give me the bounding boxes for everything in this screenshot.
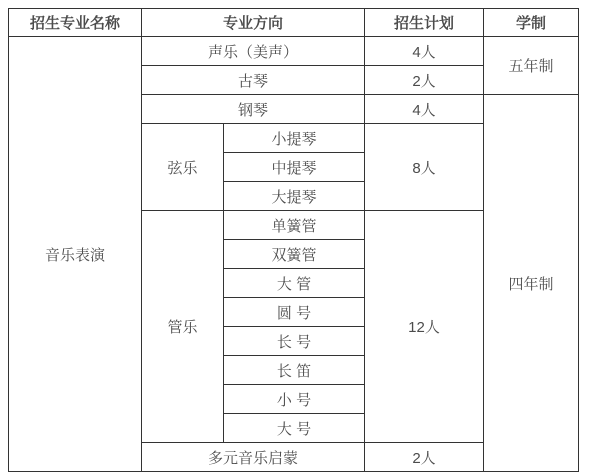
plan-cell-strings: 8人: [365, 124, 484, 211]
plan-cell-vocal: 4人: [365, 37, 484, 66]
instrument-cell-viola: 中提琴: [224, 153, 365, 182]
header-row: 招生专业名称 专业方向 招生计划 学制: [9, 9, 579, 37]
duration-cell-five-year: 五年制: [484, 37, 579, 95]
plan-cell-multi-music: 2人: [365, 443, 484, 472]
instrument-cell-violin: 小提琴: [224, 124, 365, 153]
instrument-cell-clarinet: 单簧管: [224, 211, 365, 240]
direction-cell-multi-music: 多元音乐启蒙: [142, 443, 365, 472]
direction-cell-guqin: 古琴: [142, 66, 365, 95]
direction-cell-piano: 钢琴: [142, 95, 365, 124]
instrument-cell-flute: 长 笛: [224, 356, 365, 385]
duration-cell-four-year: 四年制: [484, 95, 579, 472]
header-direction: 专业方向: [142, 9, 365, 37]
major-name-cell: 音乐表演: [9, 37, 142, 472]
instrument-cell-trumpet: 小 号: [224, 385, 365, 414]
page: 招生专业名称 专业方向 招生计划 学制 音乐表演 声乐（美声） 4人 五年制 古…: [0, 0, 600, 475]
group-cell-winds: 管乐: [142, 211, 224, 443]
plan-cell-winds: 12人: [365, 211, 484, 443]
header-major-name: 招生专业名称: [9, 9, 142, 37]
instrument-cell-horn: 圆 号: [224, 298, 365, 327]
instrument-cell-trombone: 长 号: [224, 327, 365, 356]
table-row-vocal: 音乐表演 声乐（美声） 4人 五年制: [9, 37, 579, 66]
header-duration: 学制: [484, 9, 579, 37]
group-cell-strings: 弦乐: [142, 124, 224, 211]
instrument-cell-bassoon: 大 管: [224, 269, 365, 298]
admission-plan-table: 招生专业名称 专业方向 招生计划 学制 音乐表演 声乐（美声） 4人 五年制 古…: [8, 8, 579, 472]
instrument-cell-oboe: 双簧管: [224, 240, 365, 269]
instrument-cell-cello: 大提琴: [224, 182, 365, 211]
direction-cell-vocal: 声乐（美声）: [142, 37, 365, 66]
plan-cell-guqin: 2人: [365, 66, 484, 95]
plan-cell-piano: 4人: [365, 95, 484, 124]
instrument-cell-tuba: 大 号: [224, 414, 365, 443]
header-plan: 招生计划: [365, 9, 484, 37]
